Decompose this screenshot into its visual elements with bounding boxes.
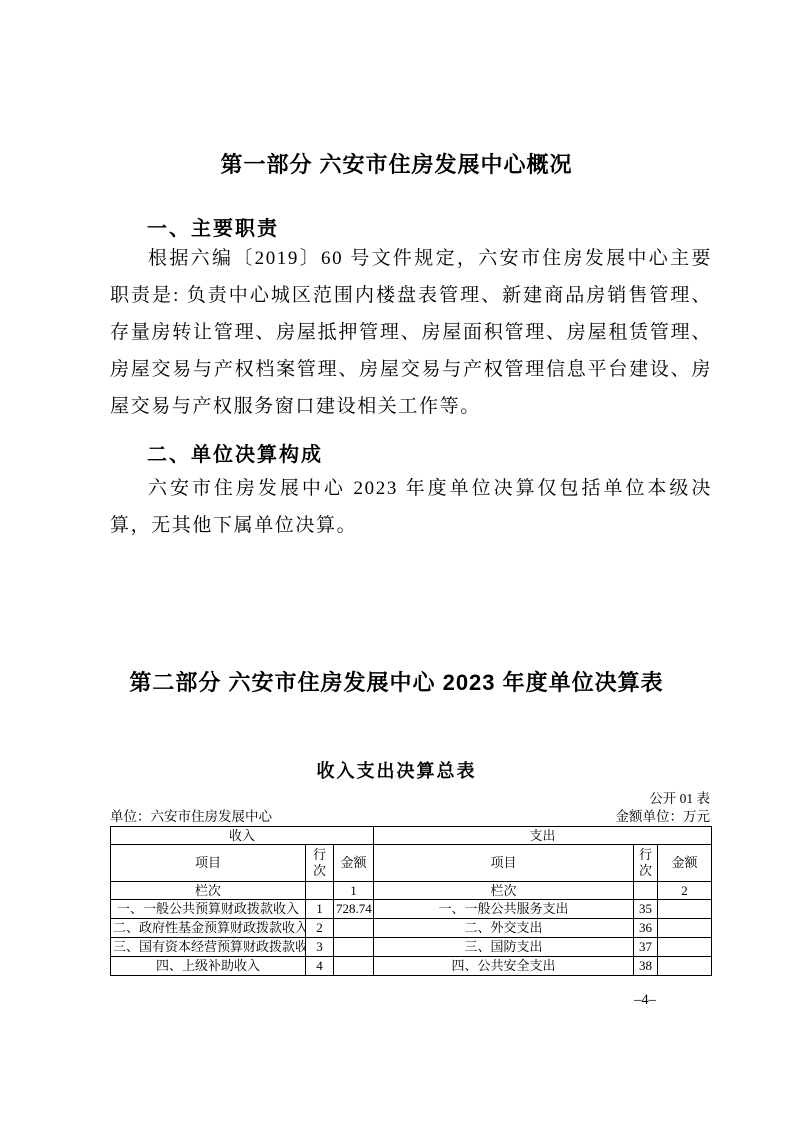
expense-amount-col-header: 金额 [658,845,712,882]
expense-amount-cell [658,919,712,938]
table-row: 一、一般公共预算财政拨款收入 1 728.74 一、一般公共服务支出 35 [111,900,712,919]
income-lineno-cell: 4 [306,957,334,976]
document-page: { "document": { "part1": { "title": "第一部… [0,0,793,1122]
expense-amount-cell [658,957,712,976]
part1-title: 第一部分 六安市住房发展中心概况 [0,148,793,179]
income-index-label: 栏次 [111,882,306,900]
income-index-lineno [306,882,334,900]
expense-item-cell: 三、国防支出 [374,938,634,957]
sheet-label: 公开 01 表 [110,787,710,807]
income-item-cell: 四、上级补助收入 [111,957,306,976]
income-expense-summary-table: 收入 支出 项目 行次 金额 项目 行次 金额 栏次 1 栏次 2 一、一般公共… [110,826,712,976]
expense-item-cell: 一、一般公共服务支出 [374,900,634,919]
income-amount-cell [334,957,374,976]
expense-amount-cell [658,900,712,919]
expense-item-cell: 二、外交支出 [374,919,634,938]
table-section-header-row: 收入 支出 [111,827,712,845]
income-item-cell: 二、政府性基金预算财政拨款收入 [111,919,306,938]
expense-index-lineno [634,882,658,900]
income-section-header: 收入 [111,827,374,845]
income-amount-cell [334,938,374,957]
section2-heading: 二、单位决算构成 [147,438,323,467]
expense-col-number: 2 [658,882,712,900]
expense-amount-cell [658,938,712,957]
section1-body-paragraph: 根据六编〔2019〕60 号文件规定，六安市住房发展中心主要职责是: 负责中心城… [110,240,712,425]
income-amount-cell [334,919,374,938]
table-column-header-row: 项目 行次 金额 项目 行次 金额 [111,845,712,882]
table-row: 四、上级补助收入 4 四、公共安全支出 38 [111,957,712,976]
table-meta-line: 单位：六安市住房发展中心 金额单位：万元 [110,805,710,825]
table-row: 三、国有资本经营预算财政拨款收入 3 三、国防支出 37 [111,938,712,957]
expense-lineno-col-header: 行次 [634,845,658,882]
expense-lineno-cell: 38 [634,957,658,976]
income-col-number: 1 [334,882,374,900]
table-row: 二、政府性基金预算财政拨款收入 2 二、外交支出 36 [111,919,712,938]
section2-body-paragraph: 六安市住房发展中心 2023 年度单位决算仅包括单位本级决算，无其他下属单位决算… [110,470,712,544]
page-number: –4– [610,992,680,1009]
expense-item-col-header: 项目 [374,845,634,882]
part2-title: 第二部分 六安市住房发展中心 2023 年度单位决算表 [0,666,793,697]
income-item-cell: 一、一般公共预算财政拨款收入 [111,900,306,919]
income-amount-col-header: 金额 [334,845,374,882]
expense-item-cell: 四、公共安全支出 [374,957,634,976]
expense-lineno-cell: 37 [634,938,658,957]
expense-section-header: 支出 [374,827,712,845]
expense-lineno-cell: 35 [634,900,658,919]
unit-label: 单位：六安市住房发展中心 [110,805,272,825]
income-lineno-cell: 1 [306,900,334,919]
section1-heading: 一、主要职责 [147,212,279,241]
income-item-col-header: 项目 [111,845,306,882]
summary-table-title: 收入支出决算总表 [0,757,793,783]
income-lineno-cell: 3 [306,938,334,957]
income-amount-cell: 728.74 [334,900,374,919]
column-index-row: 栏次 1 栏次 2 [111,882,712,900]
expense-index-label: 栏次 [374,882,634,900]
amount-unit-label: 金额单位：万元 [616,805,711,825]
income-lineno-cell: 2 [306,919,334,938]
expense-lineno-cell: 36 [634,919,658,938]
income-lineno-col-header: 行次 [306,845,334,882]
income-item-cell: 三、国有资本经营预算财政拨款收入 [111,938,306,957]
